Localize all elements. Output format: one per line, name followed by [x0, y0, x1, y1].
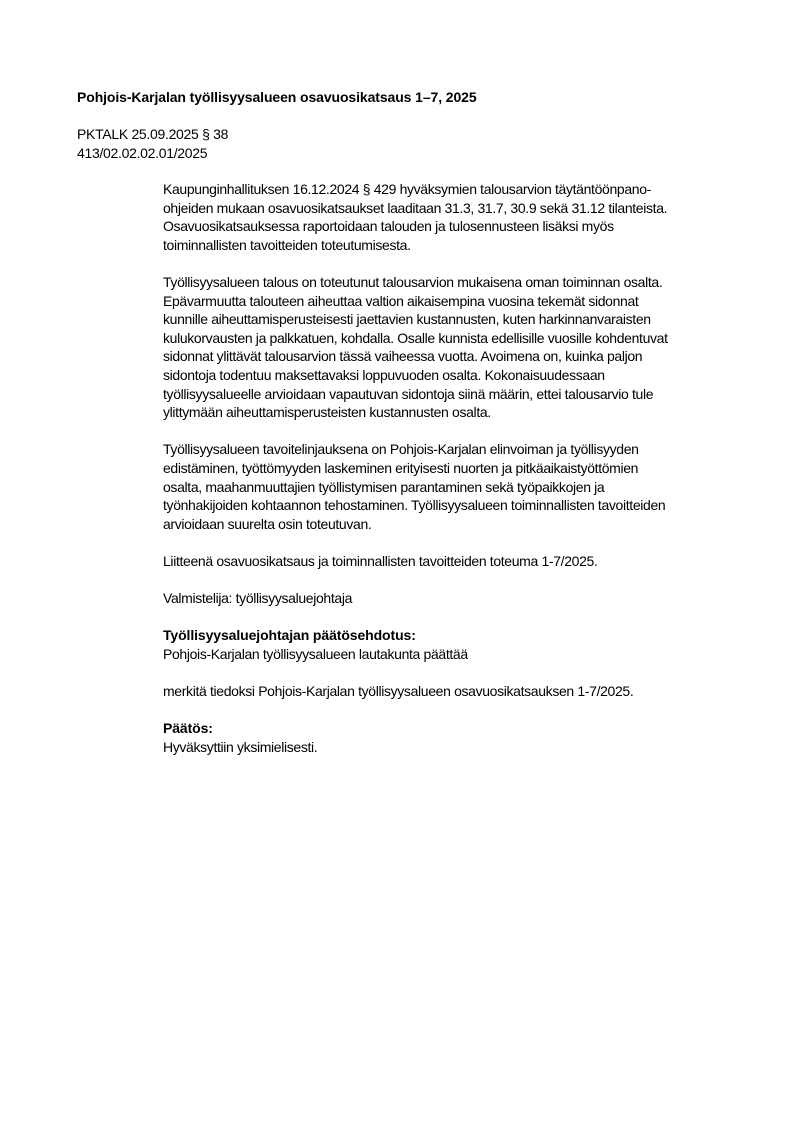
- paragraph-budget-instructions: Kaupunginhallituksen 16.12.2024 § 429 hy…: [163, 180, 728, 254]
- proposal-heading: Työllisyysaluejohtajan päätösehdotus:: [163, 626, 728, 645]
- text-line: kunnille aiheuttamisperusteisesti jaetta…: [163, 310, 728, 329]
- document-body: Kaupunginhallituksen 16.12.2024 § 429 hy…: [163, 180, 728, 756]
- text-line: arvioidaan suurelta osin toteutuvan.: [163, 515, 728, 534]
- paragraph-finances: Työllisyysalueen talous on toteutunut ta…: [163, 273, 728, 422]
- text-line: Työllisyysalueen talous on toteutunut ta…: [163, 273, 728, 292]
- text-line: ylittymään aiheuttamisperusteisten kusta…: [163, 403, 728, 422]
- text-line: Epävarmuutta talouteen aiheuttaa valtion…: [163, 292, 728, 311]
- proposal-section: Työllisyysaluejohtajan päätösehdotus: Po…: [163, 626, 728, 700]
- text-line: sidontoja todentuu maksettavaksi loppuvu…: [163, 366, 728, 385]
- decision-text: Hyväksyttiin yksimielisesti.: [163, 738, 728, 757]
- text-line: osalta, maahanmuuttajien työllistymisen …: [163, 478, 728, 497]
- text-line: toiminnallisten tavoitteiden toteutumise…: [163, 236, 728, 255]
- text-line: edistäminen, työttömyyden laskeminen eri…: [163, 459, 728, 478]
- text-line: Kaupunginhallituksen 16.12.2024 § 429 hy…: [163, 180, 728, 199]
- text-line: sidonnat ylittävät talousarvion tässä va…: [163, 347, 728, 366]
- proposal-action: merkitä tiedoksi Pohjois-Karjalan työlli…: [163, 682, 728, 701]
- paragraph-attachment: Liitteenä osavuosikatsaus ja toiminnalli…: [163, 552, 728, 571]
- text-line: Osavuosikatsauksessa raportoidaan taloud…: [163, 217, 728, 236]
- proposal-intro: Pohjois-Karjalan työllisyysalueen lautak…: [163, 645, 728, 664]
- paragraph-preparer: Valmistelija: työllisyysaluejohtaja: [163, 589, 728, 608]
- decision-section: Päätös: Hyväksyttiin yksimielisesti.: [163, 719, 728, 756]
- document-page: Pohjois-Karjalan työllisyysalueen osavuo…: [0, 0, 794, 1122]
- text-line: kulukorvausten ja palkkatuen, kohdalla. …: [163, 329, 728, 348]
- paragraph-goals: Työllisyysalueen tavoitelinjauksena on P…: [163, 440, 728, 533]
- document-title: Pohjois-Karjalan työllisyysalueen osavuo…: [77, 89, 477, 105]
- text-line: Valmistelija: työllisyysaluejohtaja: [163, 589, 728, 608]
- text-line: työllisyysalueelle arvioidaan vapautuvan…: [163, 385, 728, 404]
- decision-heading: Päätös:: [163, 719, 728, 738]
- text-line: ohjeiden mukaan osavuosikatsaukset laadi…: [163, 199, 728, 218]
- meeting-reference: PKTALK 25.09.2025 § 38: [77, 125, 228, 144]
- document-meta: PKTALK 25.09.2025 § 38 413/02.02.02.01/2…: [77, 125, 228, 163]
- text-line: työnhakijoiden kohtaannon tehostaminen. …: [163, 496, 728, 515]
- text-line: Liitteenä osavuosikatsaus ja toiminnalli…: [163, 552, 728, 571]
- text-line: Työllisyysalueen tavoitelinjauksena on P…: [163, 440, 728, 459]
- record-number: 413/02.02.02.01/2025: [77, 144, 228, 163]
